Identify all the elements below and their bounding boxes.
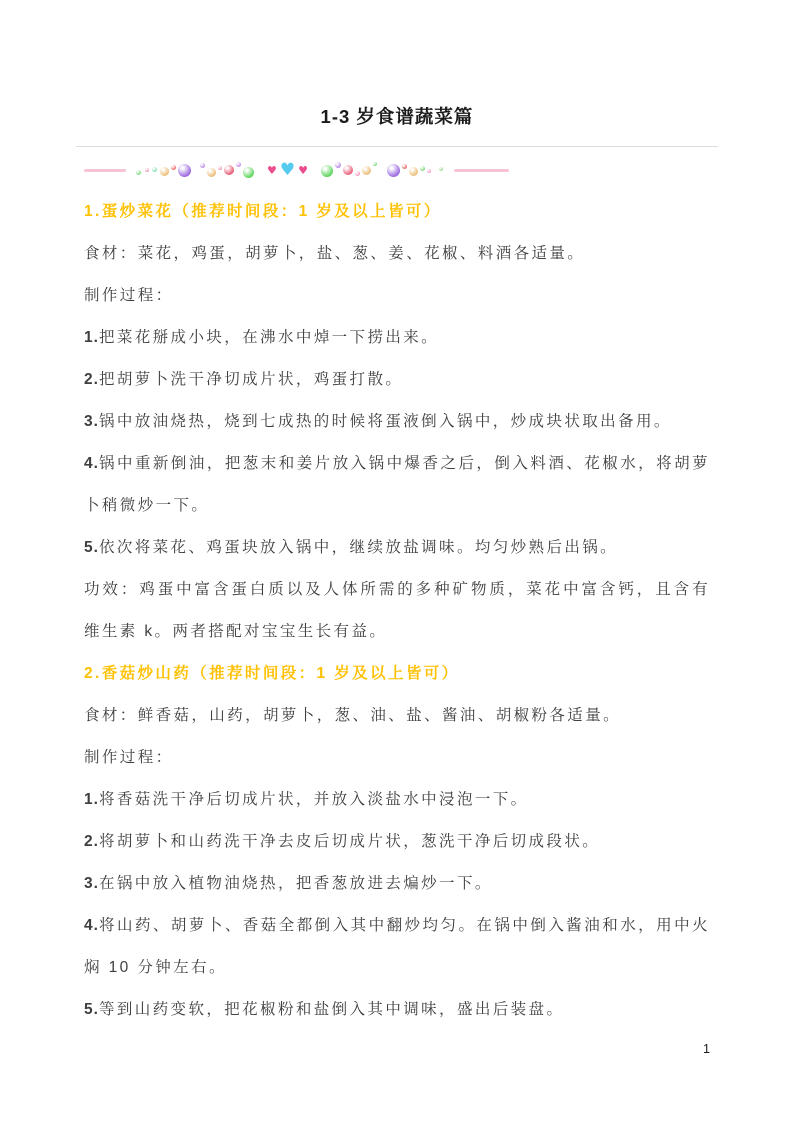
step-text: 把胡萝卜洗干净切成片状，鸡蛋打散。: [99, 371, 403, 388]
decorative-divider: ♥♥♥: [84, 160, 794, 180]
pink-heart: ♥: [298, 165, 308, 176]
crimson-ball: [224, 165, 234, 175]
recipe-1-step-1: 1.把菜花掰成小块，在沸水中焯一下捞出来。: [84, 317, 710, 359]
step-number: 4.: [84, 455, 99, 472]
document-body: 1.蛋炒菜花（推荐时间段：1 岁及以上皆可） 食材：菜花，鸡蛋，胡萝卜，盐、葱、…: [0, 191, 794, 1031]
pink-dot: [218, 166, 222, 170]
step-number: 5.: [84, 539, 99, 556]
recipe-1-heading: 1.蛋炒菜花（推荐时间段：1 岁及以上皆可）: [84, 191, 710, 233]
green-ball: [321, 165, 333, 177]
pink-line-left: [84, 169, 126, 172]
step-text: 将香菇洗干净后切成片状，并放入淡盐水中浸泡一下。: [99, 791, 529, 808]
step-number: 2.: [84, 833, 99, 850]
recipe-1-process-label: 制作过程：: [84, 275, 710, 317]
step-number: 1.: [84, 791, 99, 808]
pink-dot: [427, 169, 431, 173]
green-dot: [439, 167, 443, 171]
recipe-2-step-2: 2.将胡萝卜和山药洗干净去皮后切成片状，葱洗干净后切成段状。: [84, 821, 710, 863]
red-dot: [171, 165, 176, 170]
green-dot: [136, 170, 141, 175]
purple-ball: [178, 164, 191, 177]
recipe-2-heading: 2.香菇炒山药（推荐时间段：1 岁及以上皆可）: [84, 653, 710, 695]
recipe-2-ingredients: 食材：鲜香菇，山药，胡萝卜，葱、油、盐、酱油、胡椒粉各适量。: [84, 695, 710, 737]
purple-ball: [387, 164, 400, 177]
green-dot: [373, 162, 377, 166]
lilac-dot: [335, 162, 341, 168]
step-text: 等到山药变软，把花椒粉和盐倒入其中调味，盛出后装盘。: [99, 1001, 564, 1018]
step-number: 5.: [84, 1001, 99, 1018]
green-ball: [243, 167, 254, 178]
lilac-dot: [200, 163, 205, 168]
recipe-2-step-3: 3.在锅中放入植物油烧热，把香葱放进去煸炒一下。: [84, 863, 710, 905]
step-text: 锅中重新倒油，把葱末和姜片放入锅中爆香之后，倒入料酒、花椒水，将胡萝卜稍微炒一下…: [84, 455, 710, 514]
step-number: 1.: [84, 329, 99, 346]
step-text: 把菜花掰成小块，在沸水中焯一下捞出来。: [99, 329, 439, 346]
tan-ball: [160, 167, 169, 176]
red-dot: [402, 164, 407, 169]
tan-ball: [409, 167, 418, 176]
recipe-2-step-1: 1.将香菇洗干净后切成片状，并放入淡盐水中浸泡一下。: [84, 779, 710, 821]
document-title: 1-3 岁食谱蔬菜篇: [0, 0, 794, 130]
recipe-1-step-3: 3.锅中放油烧热，烧到七成热的时候将蛋液倒入锅中，炒成块状取出备用。: [84, 401, 710, 443]
document-page: 1-3 岁食谱蔬菜篇 ♥♥♥ 1.蛋炒菜花（推荐时间段：1 岁及以上皆可） 食材…: [0, 0, 794, 1123]
mint-dot: [152, 167, 157, 172]
step-text: 锅中放油烧热，烧到七成热的时候将蛋液倒入锅中，炒成块状取出备用。: [99, 413, 672, 430]
recipe-1-step-2: 2.把胡萝卜洗干净切成片状，鸡蛋打散。: [84, 359, 710, 401]
blue-heart: ♥: [280, 162, 295, 179]
step-text: 将山药、胡萝卜、香菇全都倒入其中翻炒均匀。在锅中倒入酱油和水，用中火焖 10 分…: [84, 917, 710, 976]
step-number: 3.: [84, 413, 99, 430]
step-text: 在锅中放入植物油烧热，把香葱放进去煸炒一下。: [99, 875, 493, 892]
recipe-2-step-4: 4.将山药、胡萝卜、香菇全都倒入其中翻炒均匀。在锅中倒入酱油和水，用中火焖 10…: [84, 905, 710, 989]
recipe-1-effect: 功效：鸡蛋中富含蛋白质以及人体所需的多种矿物质，菜花中富含钙，且含有维生素 k。…: [84, 569, 710, 653]
title-rule-line: [76, 146, 718, 147]
recipe-2-process-label: 制作过程：: [84, 737, 710, 779]
pink-line-right: [454, 169, 509, 172]
recipe-1-step-4: 4.锅中重新倒油，把葱末和姜片放入锅中爆香之后，倒入料酒、花椒水，将胡萝卜稍微炒…: [84, 443, 710, 527]
step-number: 4.: [84, 917, 99, 934]
pink-heart: ♥: [267, 165, 277, 176]
recipe-1-step-5: 5.依次将菜花、鸡蛋块放入锅中，继续放盐调味。均匀炒熟后出锅。: [84, 527, 710, 569]
violet-dot: [236, 162, 241, 167]
pink-dot: [355, 171, 360, 176]
recipe-2-step-5: 5.等到山药变软，把花椒粉和盐倒入其中调味，盛出后装盘。: [84, 989, 710, 1031]
recipe-section-2: 2.香菇炒山药（推荐时间段：1 岁及以上皆可） 食材：鲜香菇，山药，胡萝卜，葱、…: [84, 653, 710, 1031]
page-number: 1: [703, 1042, 710, 1056]
step-text: 将胡萝卜和山药洗干净去皮后切成片状，葱洗干净后切成段状。: [99, 833, 600, 850]
tan-ball: [207, 168, 216, 177]
recipe-1-ingredients: 食材：菜花，鸡蛋，胡萝卜，盐、葱、姜、花椒、料酒各适量。: [84, 233, 710, 275]
red-ball: [343, 165, 353, 175]
green-dot: [420, 166, 425, 171]
step-number: 3.: [84, 875, 99, 892]
pink-dot: [145, 168, 149, 172]
step-text: 依次将菜花、鸡蛋块放入锅中，继续放盐调味。均匀炒熟后出锅。: [99, 539, 618, 556]
step-number: 2.: [84, 371, 99, 388]
tan-ball: [362, 166, 371, 175]
recipe-section-1: 1.蛋炒菜花（推荐时间段：1 岁及以上皆可） 食材：菜花，鸡蛋，胡萝卜，盐、葱、…: [84, 191, 710, 653]
